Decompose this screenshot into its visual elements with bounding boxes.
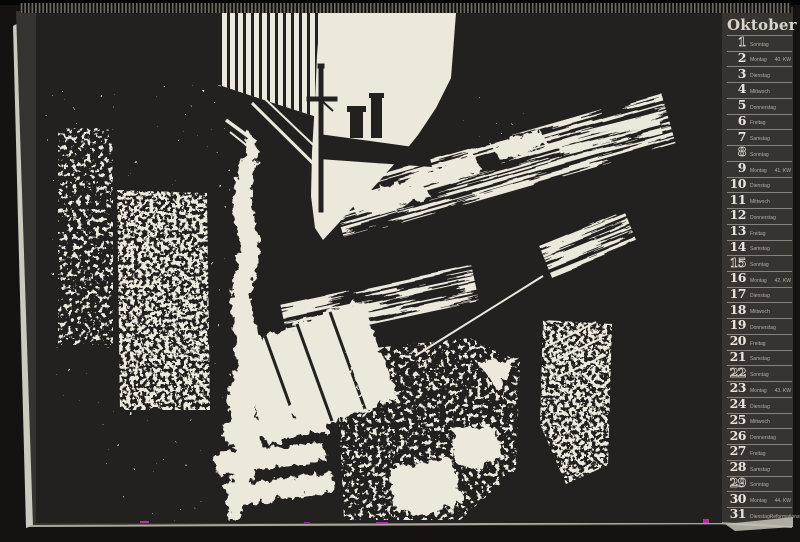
calendar-day-row: 8 Sonntag xyxy=(727,145,792,161)
day-note: 43. KW xyxy=(775,389,791,394)
day-weekday: Sonntag xyxy=(750,43,769,48)
calendar-day-row: 1 Sonntag xyxy=(727,35,792,51)
page-artwork xyxy=(0,0,800,542)
day-number: 2 xyxy=(728,52,746,65)
day-weekday: Sonntag xyxy=(750,153,769,158)
day-number: 18 xyxy=(728,304,746,317)
day-weekday: Donnerstag xyxy=(750,106,776,111)
day-weekday: Samstag xyxy=(750,247,770,252)
calendar-day-row: 24 Dienstag xyxy=(727,397,792,413)
calendar-day-list: 1 Sonntag 2 Montag 40. KW 3 Dienstag 4 M… xyxy=(727,35,792,523)
day-weekday: Montag xyxy=(750,279,767,284)
day-number: 9 xyxy=(728,162,746,175)
day-note: 44. KW xyxy=(775,499,791,504)
calendar-day-row: 9 Montag 41. KW xyxy=(727,161,792,177)
day-weekday: Sonntag xyxy=(750,483,769,488)
photo-artwork xyxy=(36,13,722,526)
day-weekday: Montag xyxy=(750,389,767,394)
day-number: 24 xyxy=(728,398,746,411)
month-title: Oktober xyxy=(727,14,792,35)
calendar-day-row: 13 Freitag xyxy=(727,224,792,240)
day-note: 41. KW xyxy=(775,169,791,174)
calendar-day-row: 23 Montag 43. KW xyxy=(727,381,792,397)
day-weekday: Freitag xyxy=(750,452,766,457)
day-weekday: Sonntag xyxy=(750,373,769,378)
spiral-binding xyxy=(20,3,791,13)
day-note: 42. KW xyxy=(775,279,791,284)
day-number: 6 xyxy=(728,115,746,128)
calendar-day-row: 26 Donnerstag xyxy=(727,428,792,444)
day-number: 28 xyxy=(728,461,746,474)
calendar-day-row: 15 Sonntag xyxy=(727,255,792,271)
calendar-day-row: 16 Montag 42. KW xyxy=(727,271,792,287)
day-weekday: Dienstag xyxy=(750,294,770,299)
day-number: 20 xyxy=(728,335,746,348)
day-number: 23 xyxy=(728,382,746,395)
day-weekday: Mittwoch xyxy=(750,200,770,205)
calendar-day-row: 18 Mittwoch xyxy=(727,302,792,318)
day-weekday: Mittwoch xyxy=(750,310,770,315)
day-weekday: Dienstag xyxy=(750,184,770,189)
calendar-day-row: 4 Mittwoch xyxy=(727,82,792,98)
day-number: 5 xyxy=(728,99,746,112)
day-number: 27 xyxy=(728,445,746,458)
day-number: 13 xyxy=(728,225,746,238)
calendar-day-row: 25 Mittwoch xyxy=(727,413,792,429)
calendar-day-row: 7 Samstag xyxy=(727,129,792,145)
day-weekday: Samstag xyxy=(750,468,770,473)
day-number: 1 xyxy=(728,36,746,49)
day-weekday: Montag xyxy=(750,58,767,63)
calendar-day-row: 10 Dienstag xyxy=(727,177,792,193)
foliage-mid xyxy=(58,128,113,345)
day-number: 19 xyxy=(728,319,746,332)
day-number: 21 xyxy=(728,351,746,364)
day-weekday: Montag xyxy=(750,499,767,504)
day-note: Reformationstag xyxy=(770,515,800,520)
day-weekday: Dienstag xyxy=(750,74,770,79)
day-number: 25 xyxy=(728,414,746,427)
day-number: 8 xyxy=(728,146,746,159)
calendar-day-row: 27 Freitag xyxy=(727,444,792,460)
day-number: 22 xyxy=(728,367,746,380)
calendar-column: Oktober 1 Sonntag 2 Montag 40. KW 3 Dien… xyxy=(727,14,792,523)
day-weekday: Freitag xyxy=(750,121,766,126)
calendar-day-row: 19 Donnerstag xyxy=(727,318,792,334)
day-weekday: Mittwoch xyxy=(750,90,770,95)
calendar-day-row: 17 Dienstag xyxy=(727,287,792,303)
foliage-dense xyxy=(117,190,210,410)
day-number: 15 xyxy=(728,257,746,270)
day-number: 12 xyxy=(728,209,746,222)
day-weekday: Montag xyxy=(750,169,767,174)
day-number: 29 xyxy=(728,477,746,490)
calendar-day-row: 11 Mittwoch xyxy=(727,192,792,208)
day-weekday: Samstag xyxy=(750,137,770,142)
calendar-day-row: 20 Freitag xyxy=(727,334,792,350)
day-number: 16 xyxy=(728,272,746,285)
day-number: 31 xyxy=(728,508,746,521)
day-note: 40. KW xyxy=(775,58,791,63)
day-number: 30 xyxy=(728,493,746,506)
calendar-day-row: 2 Montag 40. KW xyxy=(727,51,792,67)
day-weekday: Dienstag xyxy=(750,515,770,520)
day-number: 14 xyxy=(728,241,746,254)
day-weekday: Freitag xyxy=(750,342,766,347)
day-number: 17 xyxy=(728,288,746,301)
day-weekday: Samstag xyxy=(750,357,770,362)
calendar-day-row: 21 Samstag xyxy=(727,350,792,366)
day-weekday: Sonntag xyxy=(750,263,769,268)
calendar-day-row: 6 Freitag xyxy=(727,114,792,130)
calendar-day-row: 14 Samstag xyxy=(727,240,792,256)
day-number: 3 xyxy=(728,68,746,81)
day-number: 11 xyxy=(728,194,746,207)
day-number: 26 xyxy=(728,430,746,443)
day-weekday: Donnerstag xyxy=(750,326,776,331)
calendar-day-row: 31 Dienstag Reformationstag xyxy=(727,507,792,523)
calendar-day-row: 29 Sonntag xyxy=(727,476,792,492)
day-weekday: Dienstag xyxy=(750,405,770,410)
calendar-day-row: 22 Sonntag xyxy=(727,365,792,381)
calendar-day-row: 28 Samstag xyxy=(727,460,792,476)
calendar-day-row: 5 Donnerstag xyxy=(727,98,792,114)
day-number: 7 xyxy=(728,131,746,144)
day-weekday: Donnerstag xyxy=(750,436,776,441)
day-weekday: Mittwoch xyxy=(750,420,770,425)
day-weekday: Freitag xyxy=(750,232,766,237)
calendar-day-row: 30 Montag 44. KW xyxy=(727,491,792,507)
calendar-day-row: 12 Donnerstag xyxy=(727,208,792,224)
day-number: 10 xyxy=(728,178,746,191)
day-weekday: Donnerstag xyxy=(750,216,776,221)
calendar-day-row: 3 Dienstag xyxy=(727,66,792,82)
day-number: 4 xyxy=(728,83,746,96)
calendar-page-photo: Oktober 1 Sonntag 2 Montag 40. KW 3 Dien… xyxy=(0,0,800,542)
